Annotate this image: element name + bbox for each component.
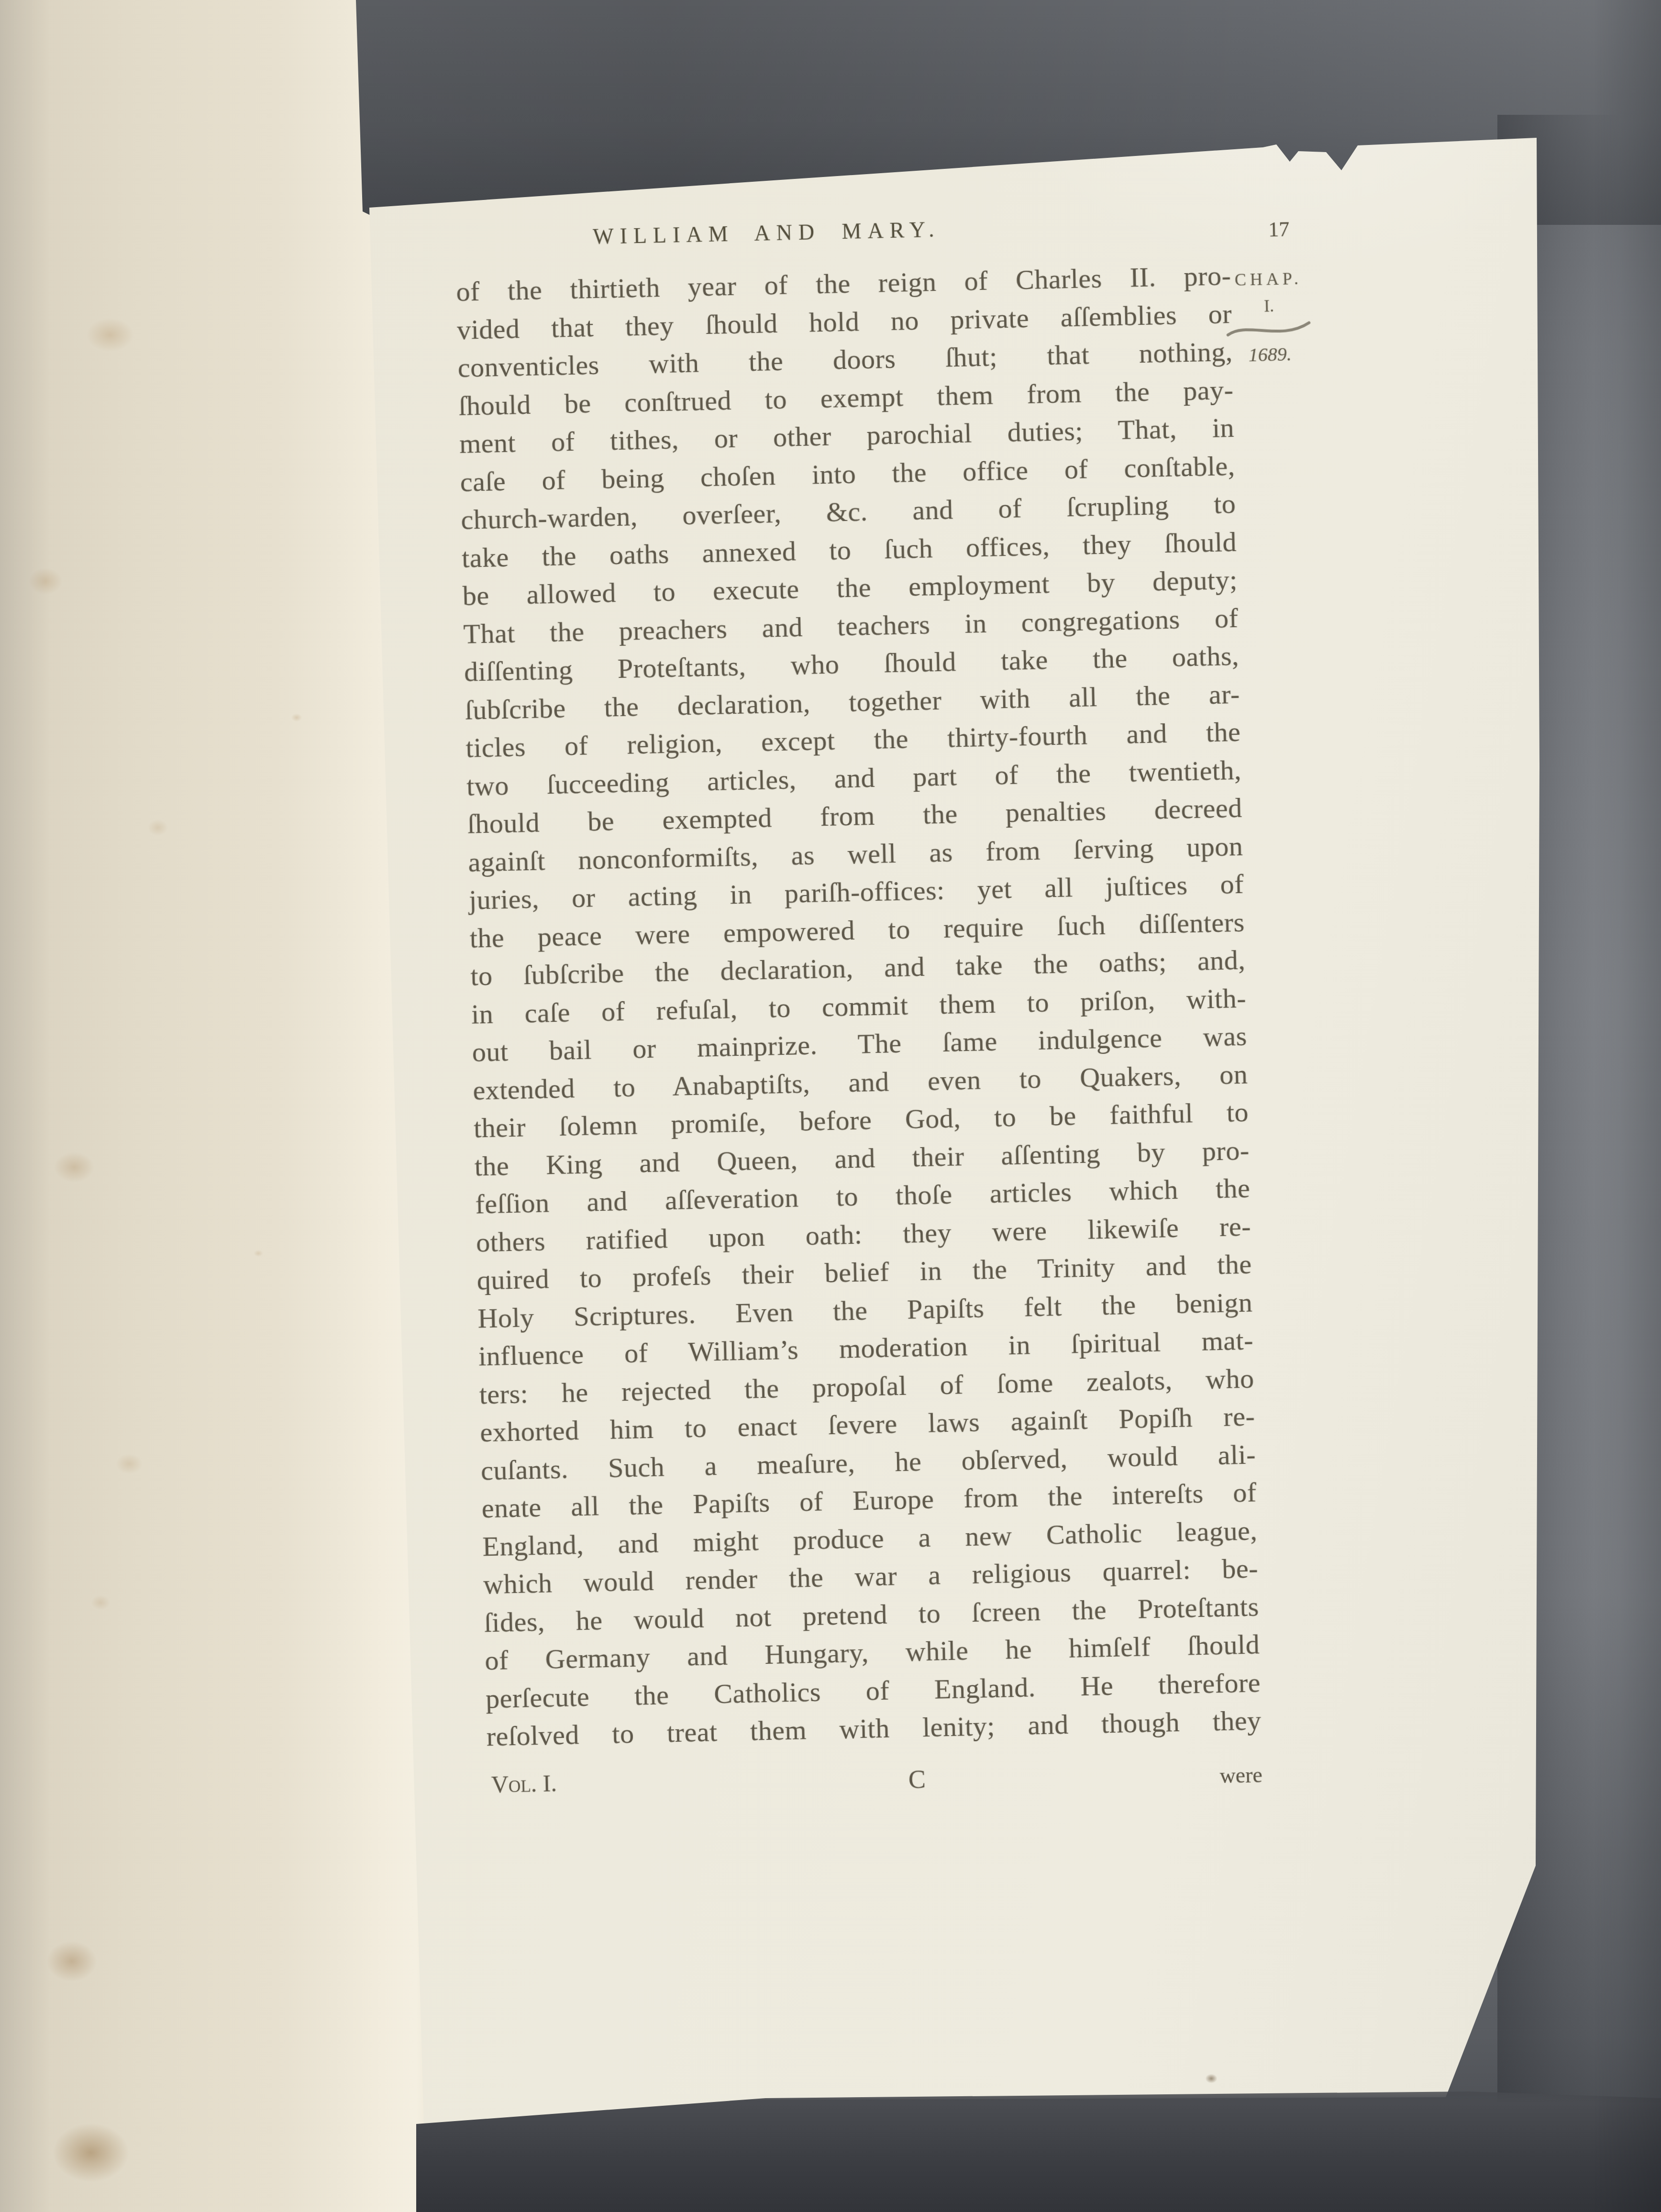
margin-chapter-label: CHAP. (1216, 268, 1321, 290)
body-text: of the thirtieth year of the reign of Ch… (456, 256, 1262, 1756)
printed-text-block: WILLIAM AND MARY. 17 CHAP. I. 1689. of t… (454, 194, 1264, 1884)
page-number: 17 (1268, 217, 1290, 242)
catchword: were (1219, 1762, 1262, 1788)
photo-of-book-page: { "header": { "title": "WILLIAM AND MARY… (0, 0, 1661, 2212)
signature-mark: C (908, 1764, 926, 1794)
margin-chapter-numeral: I. (1216, 295, 1322, 317)
margin-year: 1689. (1217, 342, 1323, 367)
page-footer: Vol. I. C were (487, 1754, 1263, 1814)
swash-rule-icon (1217, 317, 1322, 344)
volume-label: Vol. I. (491, 1769, 557, 1798)
running-header: WILLIAM AND MARY. (593, 217, 941, 249)
